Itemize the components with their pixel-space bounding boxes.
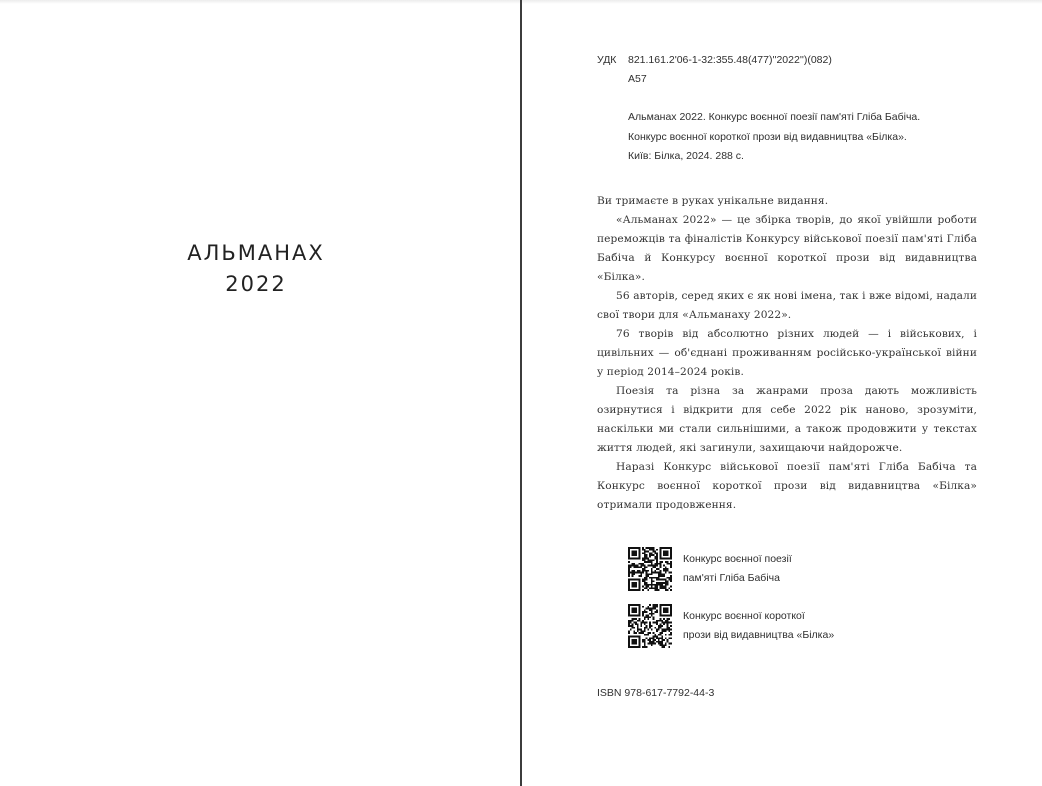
qr-caption-line: прози від видавництва «Білка» <box>683 626 834 645</box>
annotation-text: Ви тримаєте в руках унікальне видання. «… <box>597 192 977 515</box>
bibliographic-record: Альманах 2022. Конкурс воєнної поезії па… <box>628 108 920 167</box>
qr-caption: Конкурс воєнної поезії пам'яті Гліба Баб… <box>683 550 792 588</box>
paragraph: Поезія та різна за жанрами проза дають м… <box>597 382 977 458</box>
udk-block: УДК 821.161.2'06-1-32:355.48(477)''2022'… <box>597 51 832 89</box>
qr-caption-line: пам'яті Гліба Бабіча <box>683 569 792 588</box>
paragraph: 76 творів від абсолютно різних людей — і… <box>597 325 977 382</box>
biblio-line: Конкурс воєнної короткої прози від видав… <box>628 128 920 148</box>
qr-link-poetry-contest[interactable]: Конкурс воєнної поезії пам'яті Гліба Баб… <box>628 547 792 591</box>
udk-code: 821.161.2'06-1-32:355.48(477)''2022'')(0… <box>628 51 832 70</box>
isbn: ISBN 978-617-7792-44-3 <box>597 684 714 703</box>
left-page: АЛЬМАНАХ 2022 <box>0 0 520 786</box>
udk-label: УДК <box>597 51 628 70</box>
qr-link-prose-contest[interactable]: Конкурс воєнної короткої прози від видав… <box>628 604 834 648</box>
book-title: АЛЬМАНАХ 2022 <box>0 238 512 300</box>
book-title-line-1: АЛЬМАНАХ <box>0 238 512 269</box>
qr-caption: Конкурс воєнної короткої прози від видав… <box>683 607 834 645</box>
paragraph: Ви тримаєте в руках унікальне видання. <box>597 192 977 211</box>
qr-code-icon[interactable] <box>628 547 672 591</box>
paragraph: «Альманах 2022» — це збірка творів, до я… <box>597 211 977 287</box>
biblio-line: Альманах 2022. Конкурс воєнної поезії па… <box>628 108 920 128</box>
book-title-line-2: 2022 <box>0 269 512 300</box>
qr-caption-line: Конкурс воєнної короткої <box>683 607 834 626</box>
paragraph: Наразі Конкурс військової поезії пам'яті… <box>597 458 977 515</box>
qr-caption-line: Конкурс воєнної поезії <box>683 550 792 569</box>
paragraph: 56 авторів, серед яких є як нові імена, … <box>597 287 977 325</box>
qr-code-icon[interactable] <box>628 604 672 648</box>
biblio-line: Київ: Білка, 2024. 288 с. <box>628 147 920 167</box>
bbk-code: А57 <box>597 70 832 89</box>
right-page: УДК 821.161.2'06-1-32:355.48(477)''2022'… <box>522 0 1042 786</box>
